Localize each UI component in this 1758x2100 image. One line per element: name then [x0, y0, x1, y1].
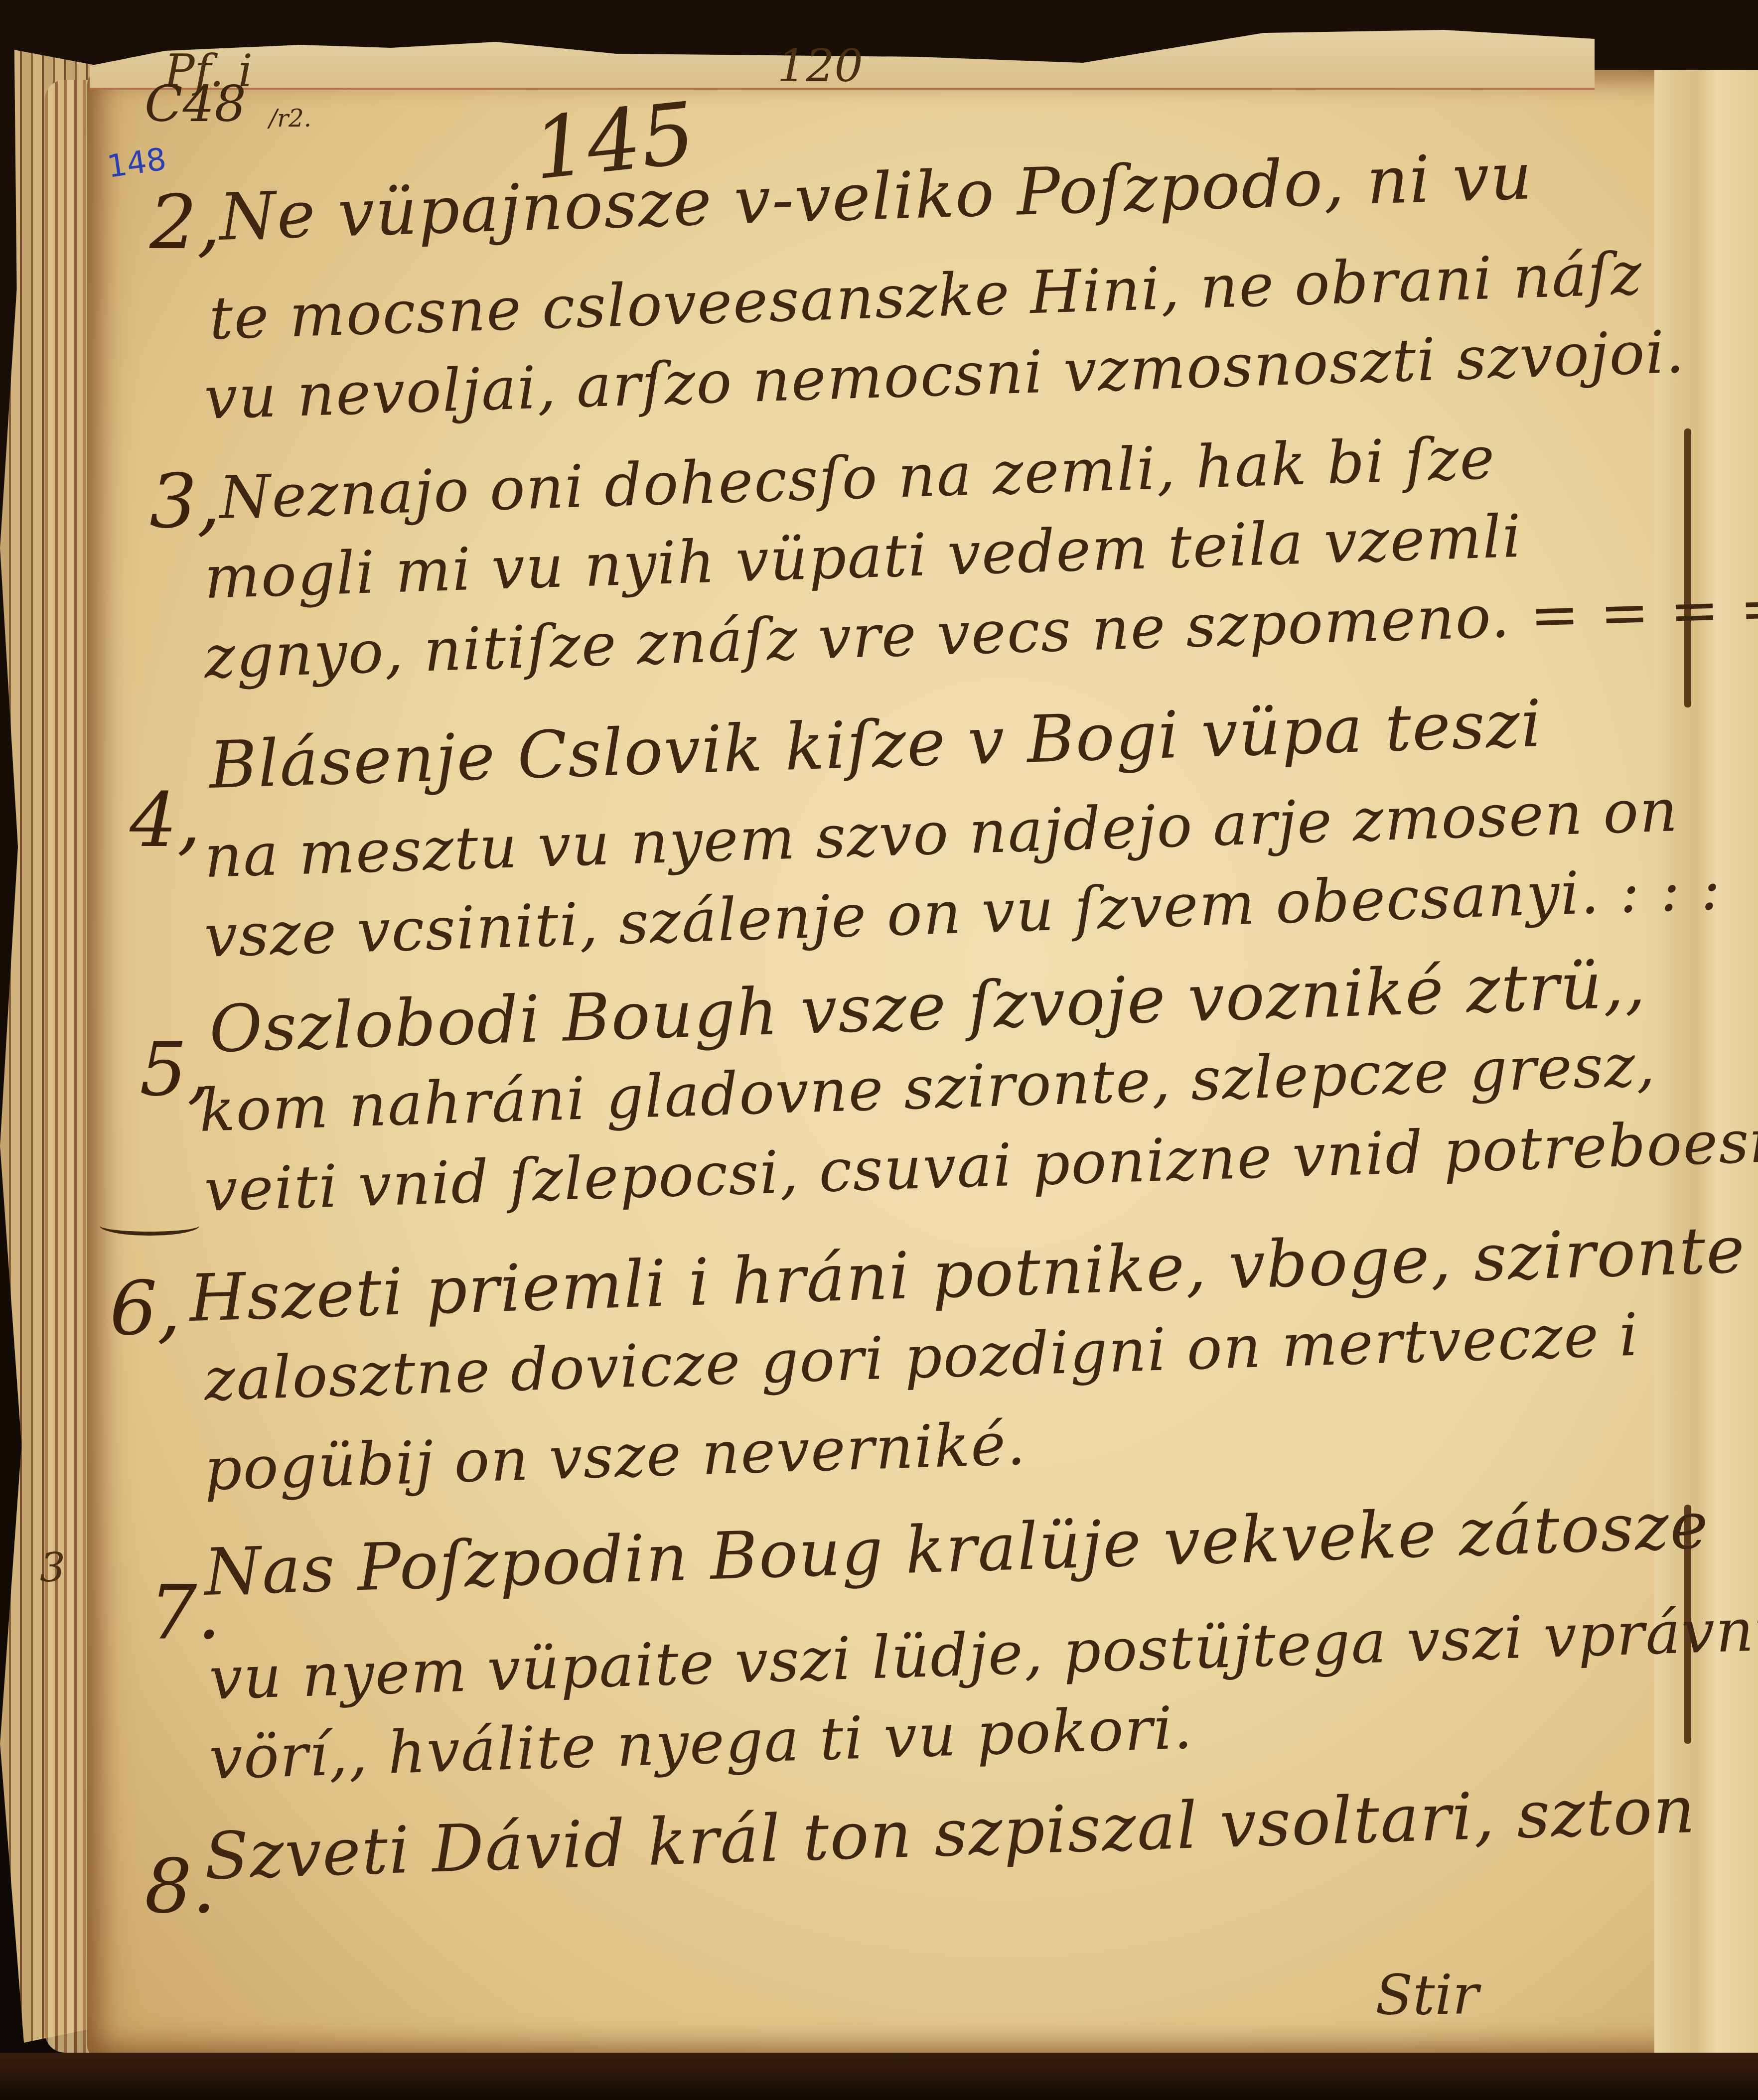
stanza-number: 3, [149, 458, 221, 545]
margin-flourish [100, 1216, 199, 1236]
sewing-stitch-upper [1684, 428, 1691, 707]
stanza-number: 2, [149, 179, 221, 266]
catchword: Stir [1375, 1963, 1478, 2027]
stanza-number: 6, [110, 1265, 181, 1352]
folio-number-ink: C48 [145, 75, 246, 133]
stanza-number: 4, [130, 777, 201, 864]
margin-mark: 3 [40, 1544, 65, 1591]
folio-number-sub: /r2. [269, 105, 311, 133]
torn-strip-text-right: 120 [777, 40, 863, 92]
bottom-binding-edge [0, 2053, 1758, 2100]
